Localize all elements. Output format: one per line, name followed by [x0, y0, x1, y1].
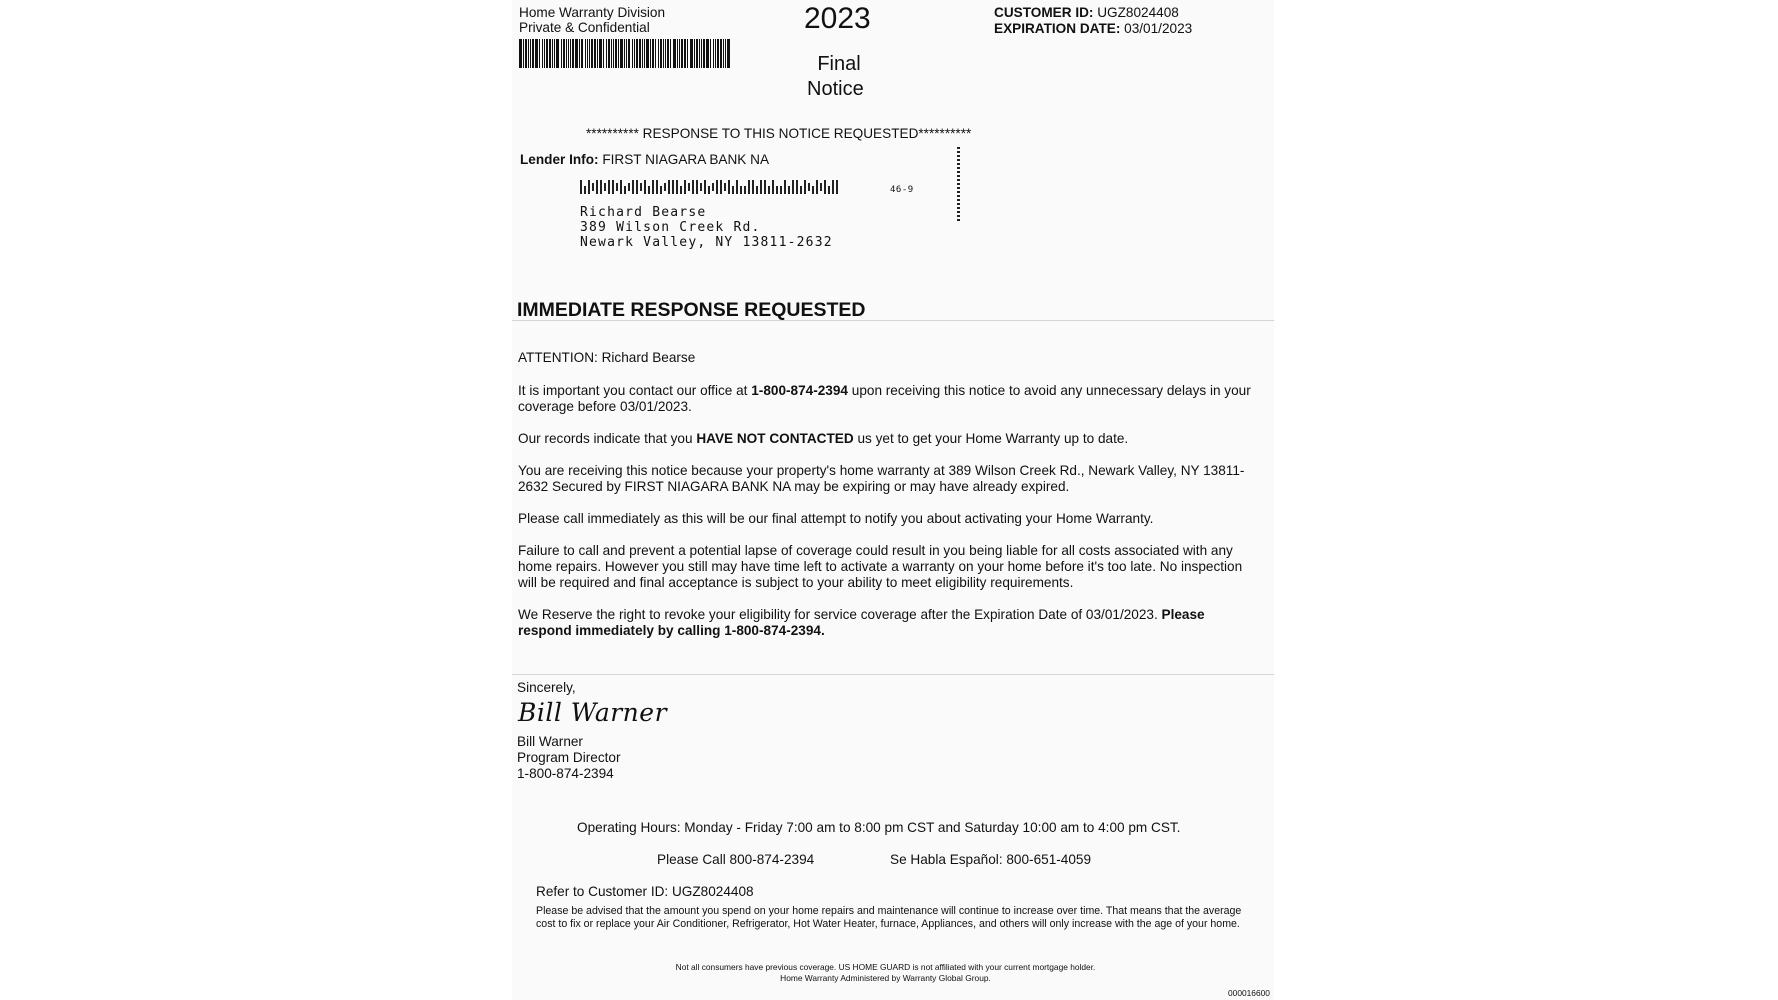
footer-disclaimer: Not all consumers have previous coverage… — [0, 962, 1778, 984]
address-city: Newark Valley, NY 13811-2632 — [580, 235, 833, 251]
lender-label: Lender Info: — [520, 152, 599, 167]
paragraph-text: Our records indicate that you — [518, 431, 696, 446]
paragraph-records: Our records indicate that you HAVE NOT C… — [518, 431, 1258, 447]
notice-title-line1: Final — [812, 52, 866, 76]
signer-title: Program Director — [517, 750, 621, 766]
signer-name: Bill Warner — [517, 734, 583, 750]
page-heading: IMMEDIATE RESPONSE REQUESTED — [517, 299, 866, 321]
lender-value: FIRST NIAGARA BANK NA — [602, 152, 769, 167]
expiration-date-value: 03/01/2023 — [1124, 21, 1192, 36]
spanish-number: Se Habla Español: 800-651-4059 — [890, 852, 1091, 868]
footer-line: Home Warranty Administered by Warranty G… — [0, 973, 1778, 984]
postal-barcode-icon — [580, 180, 838, 194]
paragraph-reason: You are receiving this notice because yo… — [518, 463, 1258, 495]
document-code: 000016600 — [1228, 988, 1270, 999]
call-number: Please Call 800-874-2394 — [657, 852, 814, 868]
customer-id-value: UGZ8024408 — [1097, 5, 1179, 20]
paragraph-text: us yet to get your Home Warranty up to d… — [854, 431, 1129, 446]
customer-id-label: CUSTOMER ID: — [994, 5, 1093, 20]
signature: Bill Warner — [518, 698, 667, 727]
address-street: 389 Wilson Creek Rd. — [580, 220, 761, 236]
paragraph-contact: It is important you contact our office a… — [518, 383, 1258, 415]
operating-hours: Operating Hours: Monday - Friday 7:00 am… — [577, 820, 1180, 836]
confidential-label: Private & Confidential — [519, 20, 650, 36]
paragraph-text: It is important you contact our office a… — [518, 383, 751, 398]
paragraph-text: We Reserve the right to revoke your elig… — [518, 607, 1162, 622]
salutation: Sincerely, — [517, 680, 576, 696]
mail-code: 46-9 — [890, 183, 914, 199]
letter-page — [512, 0, 1274, 1000]
division-label: Home Warranty Division — [519, 5, 665, 21]
perforation-dots — [957, 147, 960, 223]
expiration-date-label: EXPIRATION DATE: — [994, 21, 1120, 36]
paragraph-final-attempt: Please call immediately as this will be … — [518, 511, 1258, 527]
barcode-icon — [519, 39, 733, 68]
notice-year: 2023 — [804, 2, 871, 36]
fold-divider — [512, 320, 1274, 321]
phone-number: 1-800-874-2394 — [751, 383, 848, 398]
attention-line: ATTENTION: Richard Bearse — [518, 350, 695, 366]
refer-customer-id: Refer to Customer ID: UGZ8024408 — [536, 884, 754, 900]
paragraph-revoke: We Reserve the right to revoke your elig… — [518, 607, 1258, 639]
paragraph-liability: Failure to call and prevent a potential … — [518, 543, 1258, 591]
emphasis-text: HAVE NOT CONTACTED — [696, 431, 853, 446]
notice-title-line2: Notice — [807, 77, 864, 101]
fold-divider — [512, 674, 1274, 675]
footer-line: Not all consumers have previous coverage… — [0, 962, 1778, 973]
response-banner: ********** RESPONSE TO THIS NOTICE REQUE… — [586, 126, 971, 142]
address-name: Richard Bearse — [580, 205, 706, 221]
advisory-text: Please be advised that the amount you sp… — [536, 905, 1248, 930]
signer-phone: 1-800-874-2394 — [517, 766, 614, 782]
